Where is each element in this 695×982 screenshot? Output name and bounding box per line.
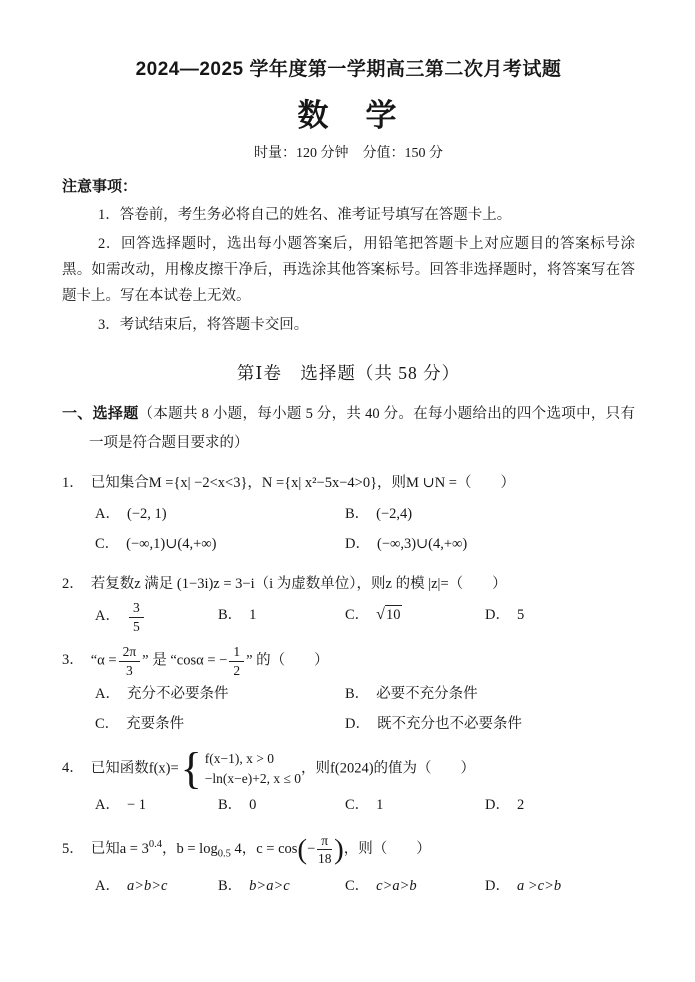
notice-heading: 注意事项： xyxy=(62,177,635,197)
option-label: C． xyxy=(95,716,119,732)
stem-text: ，b = log xyxy=(162,841,218,857)
option-label: A． xyxy=(95,797,120,813)
question-2-stem: 2．若复数z 满足 (1−3i)z = 3−i（i 为虚数单位），则z 的模 |… xyxy=(62,569,635,599)
left-paren: ( xyxy=(297,834,307,866)
fraction-numerator: 2π xyxy=(119,644,141,662)
part-intro: 一、选择题（本题共 8 小题，每小题 5 分，共 40 分。在每小题给出的四个选… xyxy=(62,399,635,458)
question-3-options: A．充分不必要条件 B．必要不充分条件 C．充要条件 D．既不充分也不必要条件 xyxy=(62,679,635,739)
option-label: B． xyxy=(218,797,242,813)
question-1-stem: 1．已知集合M ={x| −2<x<3}，N ={x| x²−5x−4>0}，则… xyxy=(62,468,635,498)
stem-text: 已知a = 3 xyxy=(91,841,149,857)
option-text: 1 xyxy=(376,797,383,813)
option-label: D． xyxy=(345,716,370,732)
fraction-numerator: π xyxy=(317,833,332,851)
stem-text: 4，c = cos xyxy=(231,841,298,857)
fraction-denominator: 3 xyxy=(119,662,141,679)
stem-text: ” 是 “cosα = − xyxy=(142,652,227,668)
option-a: A．a>b>c xyxy=(95,871,218,901)
stem-text: “α = xyxy=(91,652,117,668)
fraction: 35 xyxy=(129,600,144,634)
question-5-stem: 5．已知a = 30.4，b = log0.5 4，c = cos(−π18)，… xyxy=(62,830,635,870)
right-paren: ) xyxy=(334,834,344,866)
fraction-numerator: 1 xyxy=(229,644,244,662)
fraction-denominator: 5 xyxy=(129,618,144,635)
option-text: c>a>b xyxy=(376,878,417,894)
question-1-options: A．(−2, 1) B．(−2,4) C．(−∞,1)∪(4,+∞) D．(−∞… xyxy=(62,499,635,559)
section1-heading: 第Ⅰ卷 选择题（共 58 分） xyxy=(62,360,635,385)
option-b: B．b>a>c xyxy=(218,871,345,901)
fraction-denominator: 2 xyxy=(229,662,244,679)
fraction-numerator: 3 xyxy=(129,600,144,618)
option-text: (−∞,3)∪(4,+∞) xyxy=(377,536,467,552)
option-label: C． xyxy=(95,536,119,552)
option-d: D．(−∞,3)∪(4,+∞) xyxy=(345,529,635,559)
option-label: B． xyxy=(345,686,369,702)
subject-title: 数 学 xyxy=(62,90,635,135)
exam-meta: 时量：120 分钟 分值：150 分 xyxy=(62,142,635,162)
option-text: − 1 xyxy=(127,797,146,813)
fraction-denominator: 18 xyxy=(317,850,332,867)
option-d: D．既不充分也不必要条件 xyxy=(345,709,635,739)
question-5-options: A．a>b>c B．b>a>c C．c>a>b D．a >c>b xyxy=(62,871,635,901)
question-4-options: A．− 1 B．0 C．1 D．2 xyxy=(62,790,635,820)
option-text: (−∞,1)∪(4,+∞) xyxy=(126,536,216,552)
option-b: B．0 xyxy=(218,790,345,820)
option-label: C． xyxy=(345,607,369,623)
option-text: a>b>c xyxy=(127,878,168,894)
option-label: D． xyxy=(345,536,370,552)
stem-text: 若复数z 满足 (1−3i)z = 3−i（i 为虚数单位），则z 的模 |z|… xyxy=(91,576,507,592)
option-b: B．必要不充分条件 xyxy=(345,679,635,709)
question-number: 2． xyxy=(62,576,84,592)
option-b: B．(−2,4) xyxy=(345,499,635,529)
option-text: a >c>b xyxy=(517,878,561,894)
option-text: 既不充分也不必要条件 xyxy=(377,716,522,732)
option-d: D．5 xyxy=(485,600,635,634)
question-3-stem: 3．“α =2π3” 是 “cosα = −12” 的（ ） xyxy=(62,644,635,678)
log-base: 0.5 xyxy=(218,849,231,860)
question-number: 4． xyxy=(62,760,84,776)
option-text: 1 xyxy=(249,607,256,623)
radicand: 10 xyxy=(385,605,403,623)
question-2: 2．若复数z 满足 (1−3i)z = 3−i（i 为虚数单位），则z 的模 |… xyxy=(62,569,635,634)
part-desc: （本题共 8 小题，每小题 5 分，共 40 分。在每小题给出的四个选项中，只有… xyxy=(89,406,635,451)
question-5: 5．已知a = 30.4，b = log0.5 4，c = cos(−π18)，… xyxy=(62,830,635,901)
notice-item-2: 2．回答选择题时，选出每小题答案后，用铅笔把答题卡上对应题目的答案标号涂黑。如需… xyxy=(62,231,635,309)
exponent: 0.4 xyxy=(149,839,162,850)
case-1: f(x−1), x > 0 xyxy=(205,749,301,769)
stem-text: 已知函数f(x)= xyxy=(91,760,179,776)
option-text: b>a>c xyxy=(249,878,290,894)
exam-title: 2024—2025 学年度第一学期高三第二次月考试题 xyxy=(62,54,635,81)
fraction: π18 xyxy=(317,833,332,867)
option-text: (−2, 1) xyxy=(127,506,167,522)
option-c: C．c>a>b xyxy=(345,871,485,901)
option-label: C． xyxy=(345,878,369,894)
question-2-options: A．35 B．1 C．√10 D．5 xyxy=(62,600,635,634)
option-d: D．a >c>b xyxy=(485,871,635,901)
square-root: √10 xyxy=(376,607,402,623)
option-label: A． xyxy=(95,608,120,624)
option-label: D． xyxy=(485,607,510,623)
option-text: 充分不必要条件 xyxy=(127,686,229,702)
option-label: A． xyxy=(95,686,120,702)
option-label: D． xyxy=(485,878,510,894)
option-c: C．1 xyxy=(345,790,485,820)
question-number: 3． xyxy=(62,652,84,668)
question-4: 4．已知函数f(x)={f(x−1), x > 0−ln(x−e)+2, x ≤… xyxy=(62,749,635,820)
option-text: 必要不充分条件 xyxy=(376,686,478,702)
stem-text: ，则（ ） xyxy=(344,841,431,857)
question-1: 1．已知集合M ={x| −2<x<3}，N ={x| x²−5x−4>0}，则… xyxy=(62,468,635,559)
option-label: D． xyxy=(485,797,510,813)
piecewise-cases: f(x−1), x > 0−ln(x−e)+2, x ≤ 0 xyxy=(205,749,301,789)
option-c: C．(−∞,1)∪(4,+∞) xyxy=(95,529,345,559)
stem-text: 已知集合M ={x| −2<x<3}，N ={x| x²−5x−4>0}，则M … xyxy=(91,475,515,491)
option-text: 充要条件 xyxy=(126,716,184,732)
question-number: 1． xyxy=(62,475,84,491)
part-label: 一、选择题 xyxy=(62,405,139,422)
stem-text: ，则f(2024)的值为（ ） xyxy=(301,760,475,776)
exam-paper: 2024—2025 学年度第一学期高三第二次月考试题 数 学 时量：120 分钟… xyxy=(0,0,695,982)
option-c: C．充要条件 xyxy=(95,709,345,739)
option-label: B． xyxy=(345,506,369,522)
fraction: 12 xyxy=(229,644,244,678)
option-text: 0 xyxy=(249,797,256,813)
option-label: A． xyxy=(95,878,120,894)
question-3: 3．“α =2π3” 是 “cosα = −12” 的（ ） A．充分不必要条件… xyxy=(62,644,635,739)
option-a: A．(−2, 1) xyxy=(95,499,345,529)
option-text: 2 xyxy=(517,797,524,813)
notice-item-1: 1．答卷前，考生务必将自己的姓名、准考证号填写在答题卡上。 xyxy=(62,202,635,228)
option-a: A．− 1 xyxy=(95,790,218,820)
option-c: C．√10 xyxy=(345,600,485,634)
option-label: C． xyxy=(345,797,369,813)
option-label: B． xyxy=(218,607,242,623)
option-d: D．2 xyxy=(485,790,635,820)
option-b: B．1 xyxy=(218,600,345,634)
notice-item-3: 3．考试结束后，将答题卡交回。 xyxy=(62,312,635,338)
option-label: B． xyxy=(218,878,242,894)
option-text: 5 xyxy=(517,607,524,623)
option-a: A．35 xyxy=(95,600,218,634)
minus-sign: − xyxy=(307,841,315,857)
question-number: 5． xyxy=(62,841,84,857)
case-2: −ln(x−e)+2, x ≤ 0 xyxy=(205,769,301,789)
question-4-stem: 4．已知函数f(x)={f(x−1), x > 0−ln(x−e)+2, x ≤… xyxy=(62,749,635,789)
option-text: (−2,4) xyxy=(376,506,412,522)
radical-icon: √ xyxy=(376,606,385,623)
option-a: A．充分不必要条件 xyxy=(95,679,345,709)
option-label: A． xyxy=(95,506,120,522)
brace-icon: { xyxy=(181,744,202,793)
stem-text: ” 的（ ） xyxy=(246,652,329,668)
fraction: 2π3 xyxy=(119,644,141,678)
